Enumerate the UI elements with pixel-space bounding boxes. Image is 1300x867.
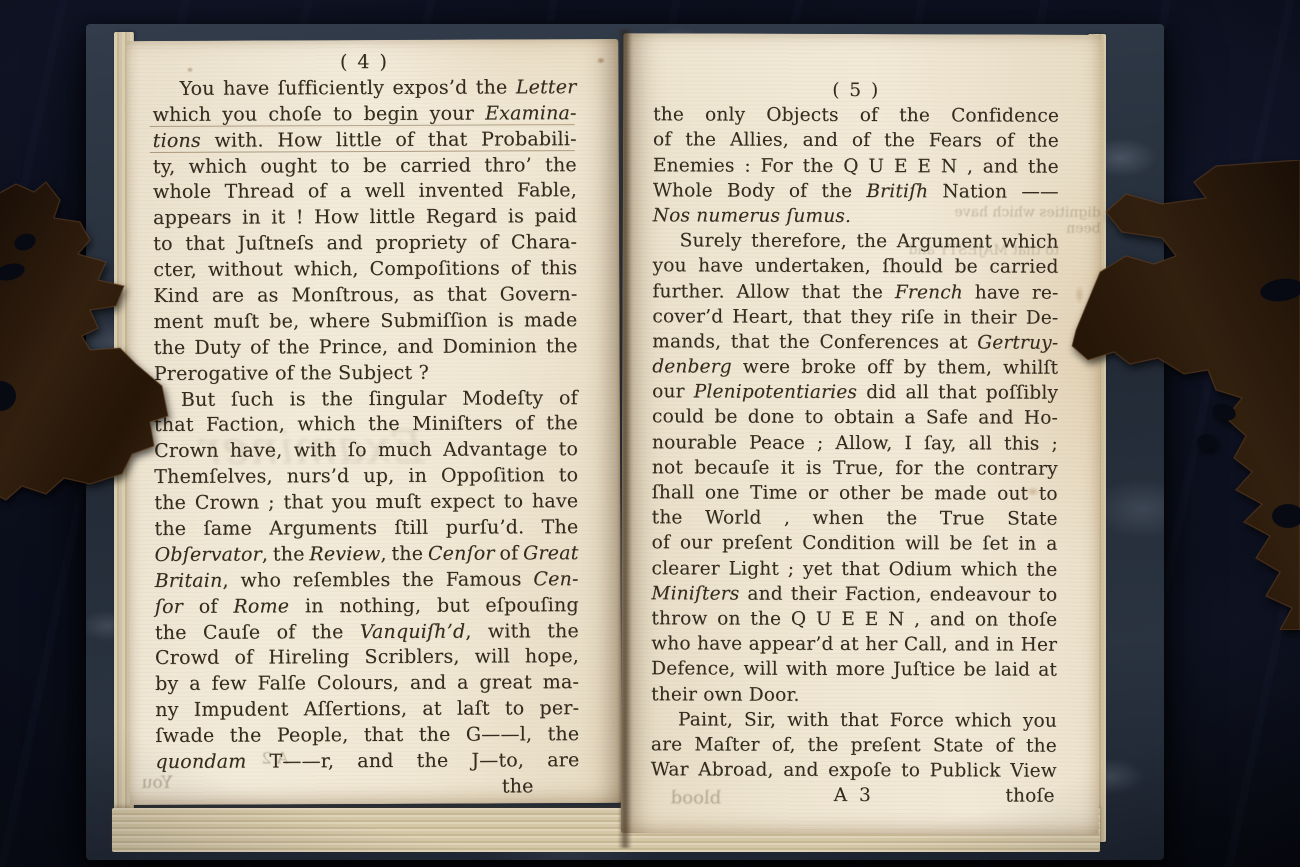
text-line: ſhalloneTimeorotherbemadeoutto: [652, 480, 1058, 507]
text-line: Youhaveſufficientlyexpos’dtheLetter: [152, 75, 576, 103]
text-line: MiniſtersandtheirFaction,endeavourto: [651, 581, 1057, 608]
text-line: theCrown;thatyoumuſtexpecttohave: [154, 489, 578, 517]
text-line: WholeBodyoftheBritiſhNation——: [653, 178, 1059, 205]
text-line: ſwadethePeople,thattheG——l,the: [155, 722, 579, 750]
text-line: Crownhave,withſomuchAdvantageto: [154, 437, 578, 465]
text-line: Paint,Sir,withthatForcewhichyou: [651, 707, 1057, 734]
text-line: appearsinit!HowlittleRegardispaid: [153, 204, 577, 232]
text-line: ourPlenipotentiariesdidallthatpoſſibly: [652, 380, 1058, 407]
text-line: areMaſterof,thepreſentStateofthe: [651, 732, 1057, 759]
text-line: byafewFalſeColours,andagreatma-: [155, 670, 579, 698]
text-line: theſameArgumentsſtillpurſu’d.The: [154, 515, 578, 543]
text-line: denbergwerebrokeoffbythem,whilſt: [652, 354, 1058, 381]
page-number: ( 5 ): [653, 77, 1059, 104]
text-line: whichyouchoſetobeginyourExamina-: [153, 101, 577, 129]
text-line: youhaveundertaken,ſhouldbecarried: [653, 254, 1059, 281]
text-line: Themſelves,nurs’dup,inOppoſitionto: [154, 463, 578, 491]
right-page-lines: theonlyObjectsoftheConfidenceoftheAllies…: [651, 102, 1059, 809]
text-line: cter,withoutwhich,Compoſitionsofthis: [153, 256, 577, 284]
left-page: Examiner You A 2 ( 4 ) Youhaveſufficient…: [126, 39, 621, 805]
text-line: clearerLight;yetthatOdiumwhichthe: [651, 556, 1057, 583]
text-line: theonlyObjectsoftheConfidence: [653, 102, 1059, 129]
metal-clasp-left-icon: [0, 178, 174, 508]
right-text-block: ( 5 ) theonlyObjectsoftheConfidenceofthe…: [651, 77, 1060, 809]
left-text-block: ( 4 ) Youhaveſufficientlyexpos’dtheLette…: [152, 49, 579, 802]
text-line: tothatJuſtneſsandproprietyofChara-: [153, 230, 577, 258]
stain: [596, 57, 605, 64]
text-line: couldbedonetoobtainaSafeandHo-: [652, 405, 1058, 432]
metal-clasp-right-icon: [1066, 160, 1300, 630]
text-line: whohaveappear’datherCall,andinHer: [651, 631, 1057, 658]
book-gutter: [618, 30, 632, 848]
text-line: Prerogative of the Subject ?: [154, 360, 578, 388]
text-line: KindareasMonſtrous,asthatGovern-: [153, 282, 577, 310]
text-line: nyImpudentAſſertions,atlaſttoper-: [155, 696, 579, 724]
right-page: blood dignities which have been to that …: [621, 33, 1102, 835]
text-line: mentmuſtbe,whereSubmiſſionismade: [154, 308, 578, 336]
page-number: ( 4 ): [152, 49, 576, 77]
text-line: Obſervator,theReview,theCenſorofGreat: [155, 541, 579, 569]
text-line: quondamT——r,andtheJ—to,are: [155, 748, 579, 776]
text-line: throwontheQUEEN,andonthoſe: [651, 606, 1057, 633]
text-line: mands,thattheConferencesatGertruy-: [652, 329, 1058, 356]
text-line: ty,whichoughttobecarriedthro’the: [153, 153, 577, 181]
text-line: wholeThreadofawellinventedFable,: [153, 179, 577, 207]
text-line: Enemies:FortheQUEEN,andthe: [653, 153, 1059, 180]
text-line: their own Door.: [651, 682, 1057, 709]
text-line: theWorld,whentheTrueState: [652, 505, 1058, 532]
text-line: WarAbroad,andexpoſetoPublickView: [651, 757, 1057, 784]
open-book: Examiner You A 2 ( 4 ) Youhaveſufficient…: [86, 24, 1164, 860]
text-line: further.AllowthattheFrenchhavere-: [652, 279, 1058, 306]
photo-scene: Examiner You A 2 ( 4 ) Youhaveſufficient…: [0, 0, 1300, 867]
text-line: thatFaction,whichtheMiniſtersofthe: [154, 412, 578, 440]
text-line: ofourpreſentConditionwillbeſetina: [652, 531, 1058, 558]
text-line: theDutyofthePrince,andDominionthe: [154, 334, 578, 362]
text-line: ſorofRomeinnothing,buteſpouſing: [155, 593, 579, 621]
text-line: oftheAllies,andoftheFearsofthe: [653, 128, 1059, 155]
text-line: nourablePeace;Allow,Iſay,allthis;: [652, 430, 1058, 457]
left-page-lines: Youhaveſufficientlyexpos’dtheLetterwhich…: [152, 75, 579, 802]
text-line: Surelytherefore,theArgumentwhich: [653, 228, 1059, 255]
text-line: Nos numerus ſumus.: [653, 203, 1059, 230]
text-line: Britain,whoreſemblestheFamousCen-: [155, 567, 579, 595]
text-line: notbecauſeitisTrue,forthecontrary: [652, 455, 1058, 482]
text-line: Defence,willwithmoreJuſticebelaidat: [651, 657, 1057, 684]
text-line: cover’dHeart,thattheyriſeintheirDe-: [652, 304, 1058, 331]
text-line: the: [156, 774, 580, 802]
text-line: ButſuchistheſingularModeſtyof: [154, 386, 578, 414]
text-line: CrowdofHirelingScriblers,willhope,: [155, 645, 579, 673]
text-line: theCauſeoftheVanquiſh’d,withthe: [155, 619, 579, 647]
text-line: tionswith.HowlittleofthatProbabili-: [153, 127, 577, 155]
text-line: A 3thoſe: [651, 783, 1057, 810]
